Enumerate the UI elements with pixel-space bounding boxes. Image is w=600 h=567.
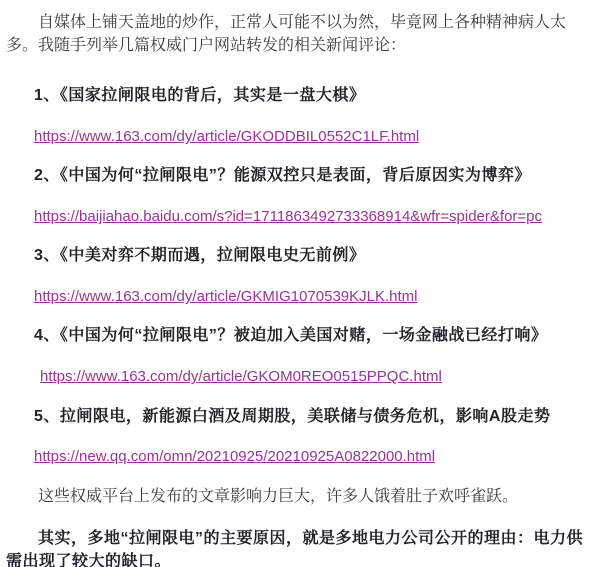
article-link-line-1: https://www.163.com/dy/article/GKODDBIL0… xyxy=(6,126,594,147)
article-title-5: 5、拉闸限电，新能源白酒及周期股，美联储与债务危机，影响A股走势 xyxy=(6,406,594,429)
article-link-line-5: https://new.qq.com/omn/20210925/20210925… xyxy=(6,446,594,467)
conclusion-paragraph: 其实，多地“拉闸限电”的主要原因，就是多地电力公司公开的理由：电力供需出现了较大… xyxy=(6,528,594,567)
article-link-4[interactable]: https://www.163.com/dy/article/GKOM0REO0… xyxy=(40,368,442,385)
article-link-line-3: https://www.163.com/dy/article/GKMIG1070… xyxy=(6,286,594,307)
article-title-1: 1、《国家拉闸限电的背后，其实是一盘大棋》 xyxy=(6,85,594,108)
article-link-line-4: https://www.163.com/dy/article/GKOM0REO0… xyxy=(6,366,594,387)
article-link-3[interactable]: https://www.163.com/dy/article/GKMIG1070… xyxy=(34,288,418,305)
outro-paragraph: 这些权威平台上发布的文章影响力巨大，许多人饿着肚子欢呼雀跃。 xyxy=(6,486,594,509)
article-link-5[interactable]: https://new.qq.com/omn/20210925/20210925… xyxy=(34,448,435,465)
article-link-line-2: https://baijiahao.baidu.com/s?id=1711863… xyxy=(6,206,594,227)
article-title-3: 3、《中美对弈不期而遇，拉闸限电史无前例》 xyxy=(6,245,594,268)
article-title-2: 2、《中国为何“拉闸限电”？能源双控只是表面，背后原因实为博弈》 xyxy=(6,165,594,188)
intro-paragraph: 自媒体上铺天盖地的炒作，正常人可能不以为然，毕竟网上各种精神病人太多。我随手列举… xyxy=(6,12,594,57)
article-title-4: 4、《中国为何“拉闸限电”？被迫加入美国对赌，一场金融战已经打响》 xyxy=(6,325,594,348)
article-link-2[interactable]: https://baijiahao.baidu.com/s?id=1711863… xyxy=(34,208,542,225)
article-body: 自媒体上铺天盖地的炒作，正常人可能不以为然，毕竟网上各种精神病人太多。我随手列举… xyxy=(0,0,600,567)
article-link-1[interactable]: https://www.163.com/dy/article/GKODDBIL0… xyxy=(34,128,419,145)
